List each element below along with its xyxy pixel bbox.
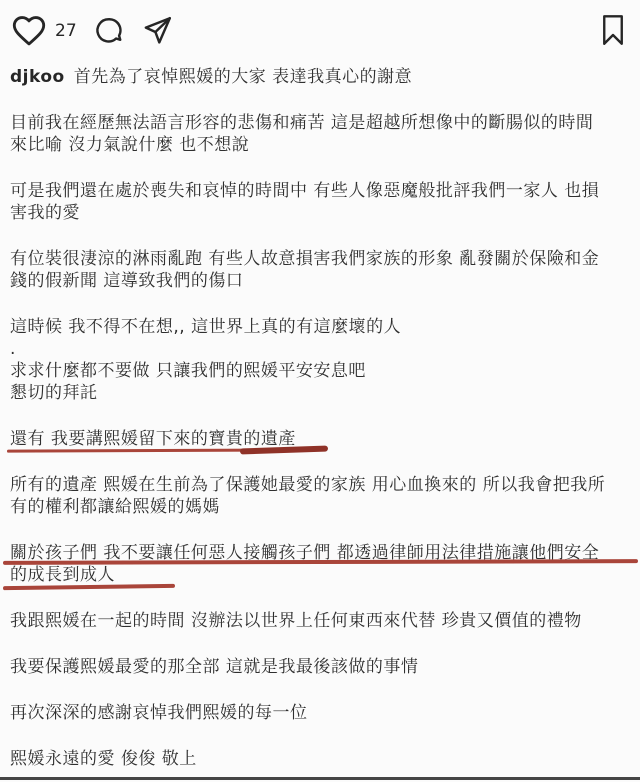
caption-line: 還有 我要講熙媛留下來的寶貴的遺產 — [10, 428, 634, 450]
caption-line: 我要保護熙媛最愛的那全部 這就是我最後該做的事情 — [10, 656, 634, 678]
caption-line: 求求什麼都不要做 只讓我們的熙媛平安安息吧 — [10, 360, 634, 382]
caption-text: 首先為了哀悼熙媛的大家 表達我真心的謝意 — [74, 67, 412, 87]
instagram-post-screen: 27 — [0, 0, 640, 782]
caption-line: djkoo首先為了哀悼熙媛的大家 表達我真心的謝意 — [10, 66, 634, 88]
caption-paragraph: 有位裝很淒涼的淋雨亂跑 有些人故意損害我們家族的形象 亂發關於保險和金 錢的假新… — [10, 248, 634, 292]
caption-line: 目前我在經歷無法語言形容的悲傷和痛苦 這是超越所想像中的斷腸似的時間 — [10, 112, 634, 134]
caption-paragraph: 這時候 我不得不在想,, 這世界上真的有這麼壞的人 . 求求什麼都不要做 只讓我… — [10, 316, 634, 404]
like-button[interactable] — [10, 12, 48, 48]
caption-paragraph: 我跟熙媛在一起的時間 沒辦法以世界上任何東西來代替 珍貴又價值的禮物 — [10, 610, 634, 632]
caption-line: 再次深深的感謝哀悼我們熙媛的每一位 — [10, 702, 634, 724]
caption-line: . — [10, 338, 634, 360]
caption-paragraph: 所有的遺產 熙媛在生前為了保護她最愛的家族 用心血換來的 所以我會把我所 有的權… — [10, 474, 634, 518]
paper-plane-icon — [142, 15, 173, 46]
caption-paragraph: 可是我們還在處於喪失和哀悼的時間中 有些人像惡魔般批評我們一家人 也損 害我的愛 — [10, 180, 634, 224]
caption-paragraph-underlined: 關於孩子們 我不要讓任何惡人接觸孩子們 都透過律師用法律措施讓他們安全 的成長到… — [10, 542, 634, 586]
caption-line: 我跟熙媛在一起的時間 沒辦法以世界上任何東西來代替 珍貴又價值的禮物 — [10, 610, 634, 632]
caption-paragraph: 再次深深的感謝哀悼我們熙媛的每一位 — [10, 702, 634, 724]
caption-line: 熙媛永遠的愛 俊俊 敬上 — [10, 748, 634, 770]
username-link[interactable]: djkoo — [10, 67, 65, 87]
like-count[interactable]: 27 — [55, 21, 77, 41]
caption-line: 可是我們還在處於喪失和哀悼的時間中 有些人像惡魔般批評我們一家人 也損 — [10, 180, 634, 202]
bookmark-icon — [598, 12, 628, 48]
caption-line: 關於孩子們 我不要讓任何惡人接觸孩子們 都透過律師用法律措施讓他們安全 — [10, 542, 634, 564]
caption-line: 有的權利都讓給熙媛的媽媽 — [10, 496, 634, 518]
caption-line: 害我的愛 — [10, 202, 634, 224]
caption-paragraph: 我要保護熙媛最愛的那全部 這就是我最後該做的事情 — [10, 656, 634, 678]
caption-paragraph: djkoo首先為了哀悼熙媛的大家 表達我真心的謝意 — [10, 66, 634, 88]
caption-paragraph-underlined: 還有 我要講熙媛留下來的寶貴的遺產 — [10, 428, 634, 450]
comment-icon — [93, 15, 124, 46]
caption-line: 所有的遺產 熙媛在生前為了保護她最愛的家族 用心血換來的 所以我會把我所 — [10, 474, 634, 496]
action-bar: 27 — [0, 0, 640, 53]
caption-line: 這時候 我不得不在想,, 這世界上真的有這麼壞的人 — [10, 316, 634, 338]
caption: djkoo首先為了哀悼熙媛的大家 表達我真心的謝意 目前我在經歷無法語言形容的悲… — [0, 53, 640, 770]
caption-line: 有位裝很淒涼的淋雨亂跑 有些人故意損害我們家族的形象 亂發關於保險和金 — [10, 248, 634, 270]
caption-line: 懇切的拜託 — [10, 382, 634, 404]
comment-button[interactable] — [93, 15, 124, 46]
caption-line: 的成長到成人 — [10, 564, 634, 586]
caption-paragraph: 目前我在經歷無法語言形容的悲傷和痛苦 這是超越所想像中的斷腸似的時間 來比喻 沒… — [10, 112, 634, 156]
share-button[interactable] — [142, 15, 173, 46]
save-button[interactable] — [598, 12, 628, 48]
caption-line: 錢的假新聞 這導致我們的傷口 — [10, 270, 634, 292]
caption-paragraph: 熙媛永遠的愛 俊俊 敬上 — [10, 748, 634, 770]
heart-icon — [10, 12, 48, 48]
bottom-divider — [0, 777, 640, 780]
caption-line: 來比喻 沒力氣說什麼 也不想說 — [10, 134, 634, 156]
